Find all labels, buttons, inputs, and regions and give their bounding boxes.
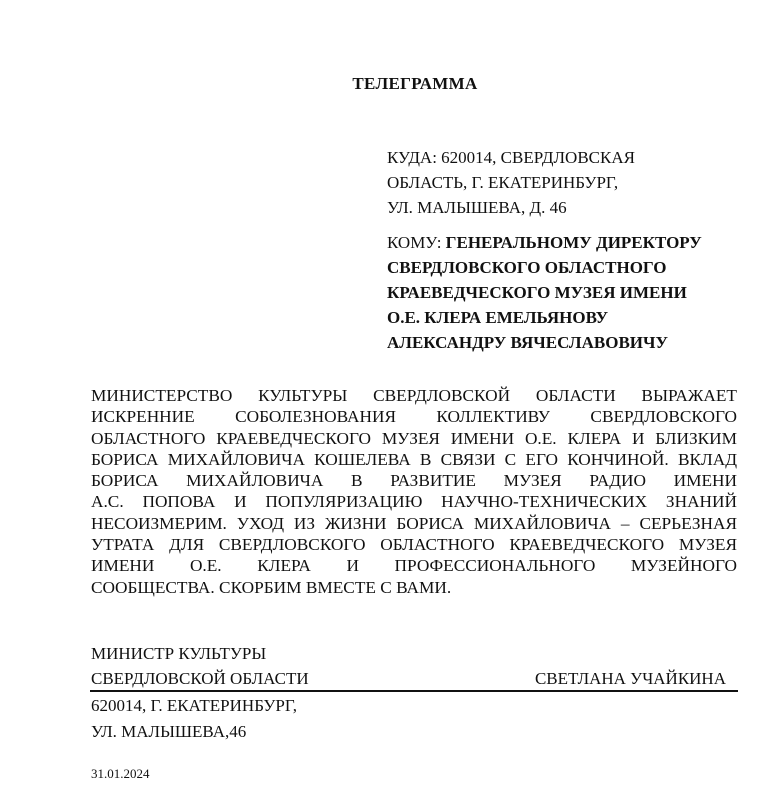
destination-line: КУДА: 620014, СВЕРДЛОВСКАЯ: [387, 145, 635, 170]
body-line: СООБЩЕСТВА. СКОРБИМ ВМЕСТЕ С ВАМИ.: [91, 577, 737, 598]
document-date: 31.01.2024: [91, 766, 150, 782]
recipient-line: КОМУ: ГЕНЕРАЛЬНОМУ ДИРЕКТОРУ: [387, 230, 702, 255]
position-line: СВЕРДЛОВСКОЙ ОБЛАСТИ: [91, 666, 309, 691]
recipient-line: О.Е. КЛЕРА ЕМЕЛЬЯНОВУ: [387, 305, 702, 330]
destination-label: КУДА:: [387, 148, 437, 167]
body-line: МИНИСТЕРСТВО КУЛЬТУРЫ СВЕРДЛОВСКОЙ ОБЛАС…: [91, 385, 737, 406]
body-line: БОРИСА МИХАЙЛОВИЧА КОШЕЛЕВА В СВЯЗИ С ЕГ…: [91, 449, 737, 470]
destination-block: КУДА: 620014, СВЕРДЛОВСКАЯ ОБЛАСТЬ, Г. Е…: [387, 145, 635, 220]
body-line: А.С. ПОПОВА И ПОПУЛЯРИЗАЦИЮ НАУЧНО-ТЕХНИ…: [91, 491, 737, 512]
recipient-line: АЛЕКСАНДРУ ВЯЧЕСЛАВОВИЧУ: [387, 330, 702, 355]
body-line: ОБЛАСТНОГО КРАЕВЕДЧЕСКОГО МУЗЕЯ ИМЕНИ О.…: [91, 428, 737, 449]
divider-line: [90, 690, 738, 692]
recipient-line: КРАЕВЕДЧЕСКОГО МУЗЕЯ ИМЕНИ: [387, 280, 702, 305]
destination-line: ОБЛАСТЬ, Г. ЕКАТЕРИНБУРГ,: [387, 170, 635, 195]
body-line: ИСКРЕННИЕ СОБОЛЕЗНОВАНИЯ КОЛЛЕКТИВУ СВЕР…: [91, 406, 737, 427]
body-line: НЕСОИЗМЕРИМ. УХОД ИЗ ЖИЗНИ БОРИСА МИХАЙЛ…: [91, 513, 737, 534]
sender-address-line: УЛ. МАЛЫШЕВА,46: [91, 719, 297, 745]
sender-address-line: 620014, Г. ЕКАТЕРИНБУРГ,: [91, 693, 297, 719]
body-line: УТРАТА ДЛЯ СВЕРДЛОВСКОГО ОБЛАСТНОГО КРАЕ…: [91, 534, 737, 555]
position-line: МИНИСТР КУЛЬТУРЫ: [91, 641, 309, 666]
body-line: БОРИСА МИХАЙЛОВИЧА В РАЗВИТИЕ МУЗЕЯ РАДИ…: [91, 470, 737, 491]
body-line: ИМЕНИ О.Е. КЛЕРА И ПРОФЕССИОНАЛЬНОГО МУЗ…: [91, 555, 737, 576]
signatory-position: МИНИСТР КУЛЬТУРЫ СВЕРДЛОВСКОЙ ОБЛАСТИ: [91, 641, 309, 691]
recipient-block: КОМУ: ГЕНЕРАЛЬНОМУ ДИРЕКТОРУ СВЕРДЛОВСКО…: [387, 230, 702, 355]
recipient-line: СВЕРДЛОВСКОГО ОБЛАСТНОГО: [387, 255, 702, 280]
recipient-label: КОМУ:: [387, 233, 441, 252]
sender-address: 620014, Г. ЕКАТЕРИНБУРГ, УЛ. МАЛЫШЕВА,46: [91, 693, 297, 745]
signatory-name: СВЕТЛАНА УЧАЙКИНА: [535, 666, 726, 691]
destination-line: УЛ. МАЛЫШЕВА, Д. 46: [387, 195, 635, 220]
message-body: МИНИСТЕРСТВО КУЛЬТУРЫ СВЕРДЛОВСКОЙ ОБЛАС…: [91, 385, 737, 598]
document-title: ТЕЛЕГРАММА: [0, 74, 773, 94]
